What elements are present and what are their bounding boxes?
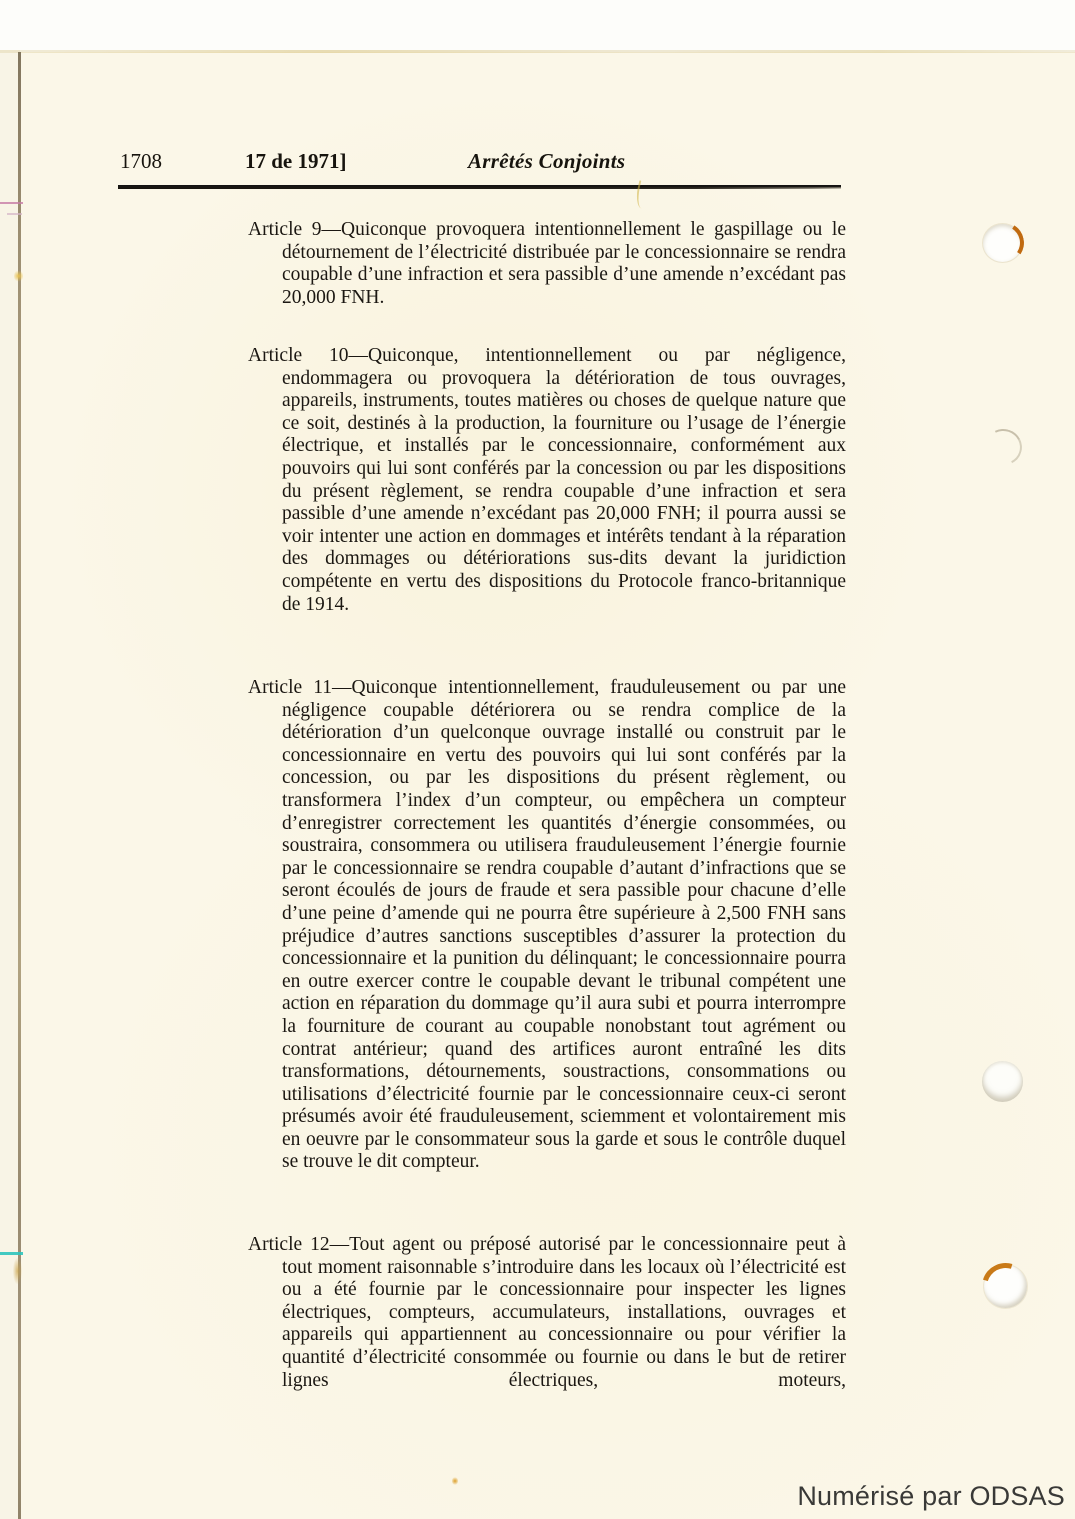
punch-hole-bottom-2 [984,1265,1027,1308]
yellow-stain [14,270,23,282]
journal-title: Arrêtés Conjoints [468,149,625,174]
article-10-paragraph: Article 10—Quiconque, intentionnellement… [248,345,846,616]
orange-stain [13,1258,22,1284]
article-11-paragraph: Article 11—Quiconque intentionnellement,… [248,677,846,1174]
pink-edge-mark-2 [7,213,22,215]
article-12-paragraph: Article 12—Tout agent ou préposé autoris… [248,1234,846,1392]
bottom-speck [452,1477,458,1485]
issue-label: 17 de 1971] [245,149,347,174]
page-number: 1708 [120,149,162,174]
header-rule [118,185,841,189]
cyan-edge-mark [0,1252,23,1255]
punch-hole-bottom-1 [982,1061,1023,1102]
digitization-watermark: Numérisé par ODSAS [797,1481,1065,1512]
article-9-paragraph: Article 9—Quiconque provoquera intention… [248,219,846,309]
scanned-document: { "document": { "kind": "scanned gazette… [0,0,1075,1519]
pink-edge-mark [0,202,23,204]
punch-hole-top-1 [983,224,1022,262]
page-top-edge [0,50,1075,53]
